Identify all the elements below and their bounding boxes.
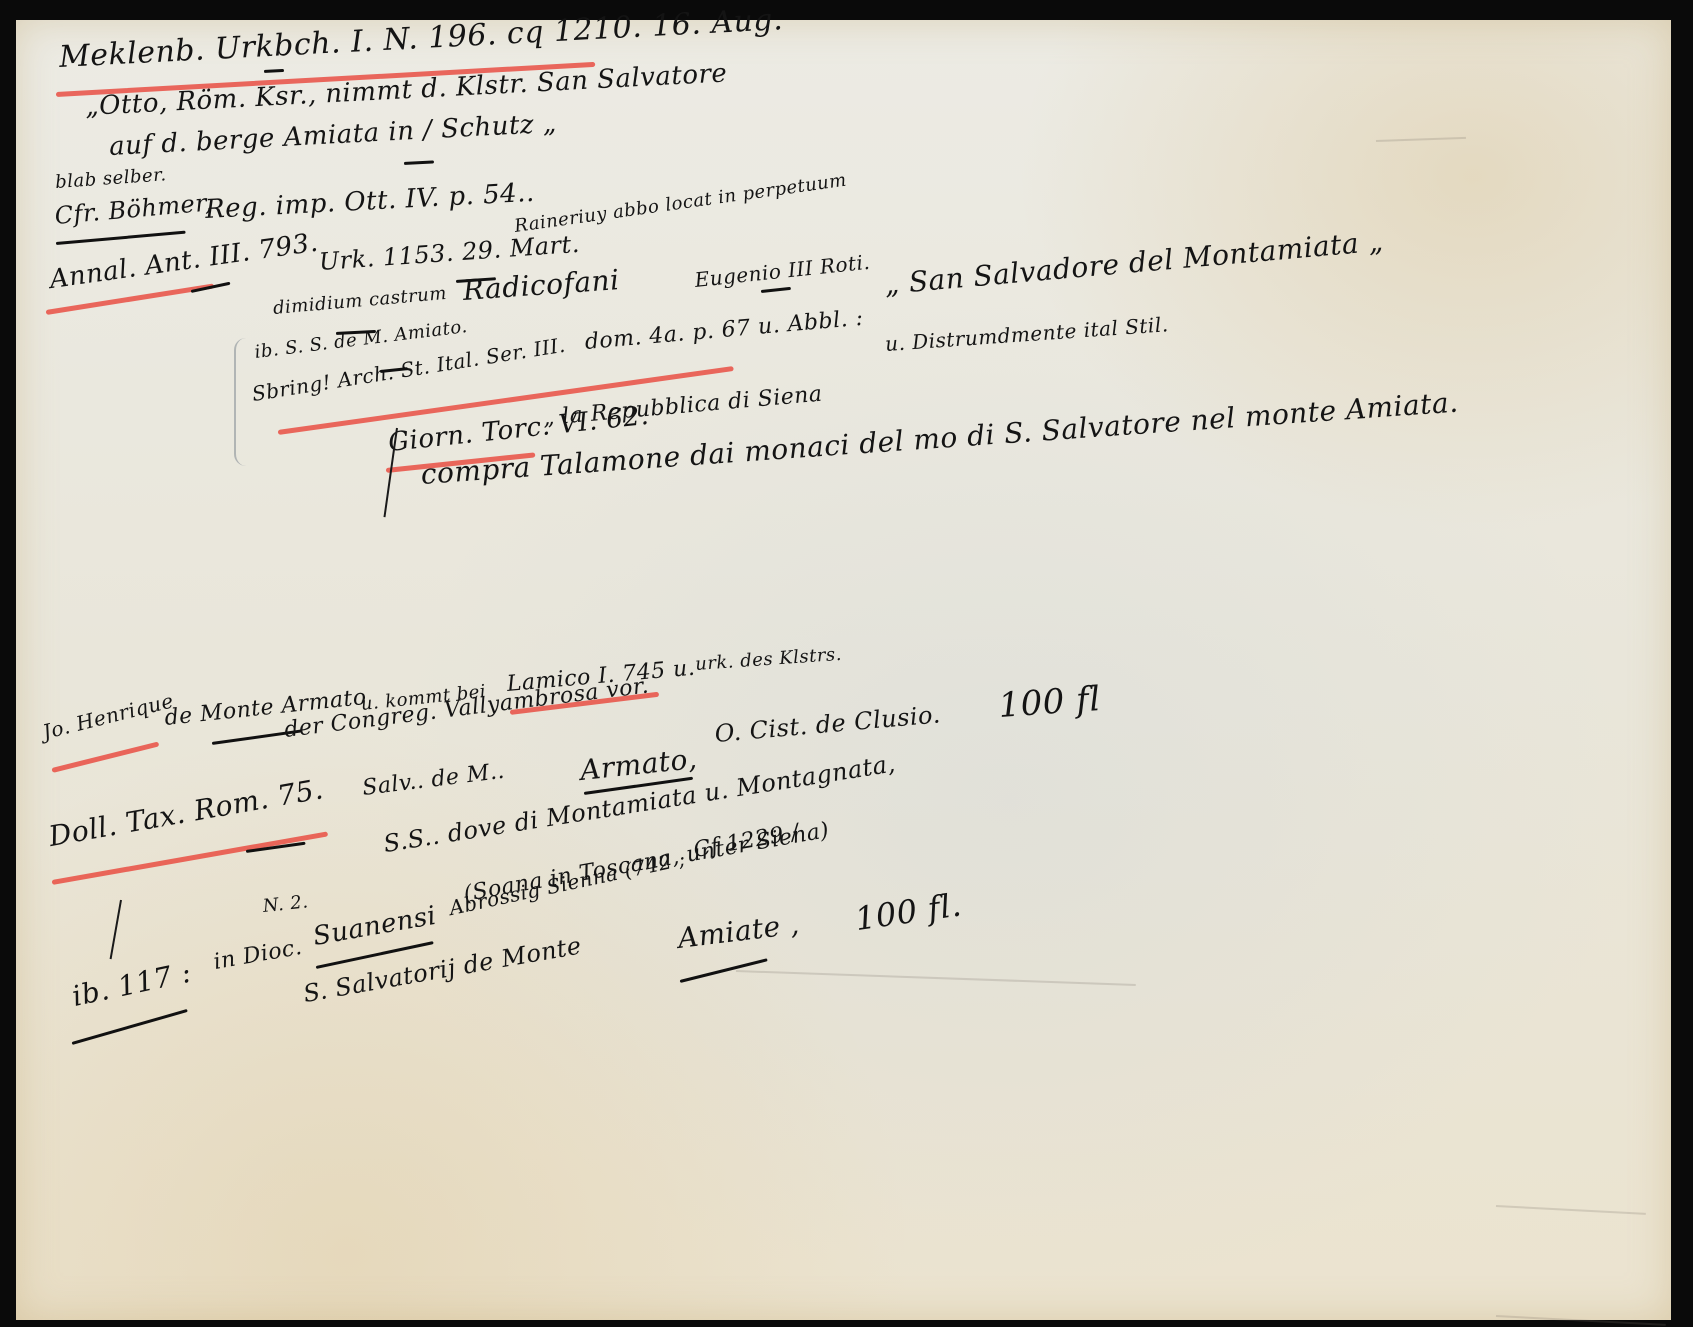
handwritten-line: N. 2. <box>262 891 310 917</box>
handwritten-line: u. Distrumdmente ital Stil. <box>884 312 1169 356</box>
manuscript-page: Meklenb. Urkbch. I. N. 196. cq 1210. 16.… <box>16 20 1671 1320</box>
handwritten-line: Amiate , <box>676 907 801 955</box>
handwritten-line: 100 fl. <box>853 885 964 938</box>
faint-mark <box>1496 1205 1646 1215</box>
handwritten-line: Annal. Ant. III. 793. <box>48 228 320 295</box>
black-underline <box>404 160 434 165</box>
handwritten-line: Reg. imp. Ott. IV. p. 54.. <box>204 178 535 225</box>
handwritten-line: Raineriuy abbo locat in perpetuum <box>513 170 848 237</box>
black-underline <box>761 287 791 293</box>
black-underline <box>264 69 284 73</box>
black-underline <box>56 231 186 245</box>
handwritten-line: Radicofani <box>462 263 621 307</box>
handwritten-line: ib. 117 : <box>69 956 194 1013</box>
handwritten-line: Cfr. Böhmer, <box>54 188 214 230</box>
handwritten-line: 100 fl <box>997 679 1102 726</box>
handwritten-line: blab selber. <box>55 164 168 193</box>
handwritten-line: O. Cist. de Clusio. <box>714 700 942 748</box>
handwritten-line: dimidium castrum <box>272 283 447 319</box>
handwritten-line: dom. 4a. p. 67 u. Abbl. : <box>584 306 865 355</box>
faint-mark <box>1496 1315 1666 1326</box>
red-underline <box>51 741 159 772</box>
faint-mark <box>1376 137 1466 142</box>
handwritten-line: Eugenio III Roti. <box>693 250 871 292</box>
handwritten-line: Jo. Henrique <box>40 688 176 744</box>
handwritten-line: „ San Salvadore del Montamiata „ <box>883 224 1385 301</box>
faint-mark <box>736 970 1136 986</box>
handwritten-line: Salv.. de M.. <box>361 759 506 801</box>
handwritten-line: in Dioc. <box>212 935 304 975</box>
handwritten-line: urk. des Klstrs. <box>695 644 843 675</box>
black-underline <box>72 1009 188 1045</box>
bracket-mark <box>234 338 250 466</box>
pen-stroke <box>110 900 122 959</box>
